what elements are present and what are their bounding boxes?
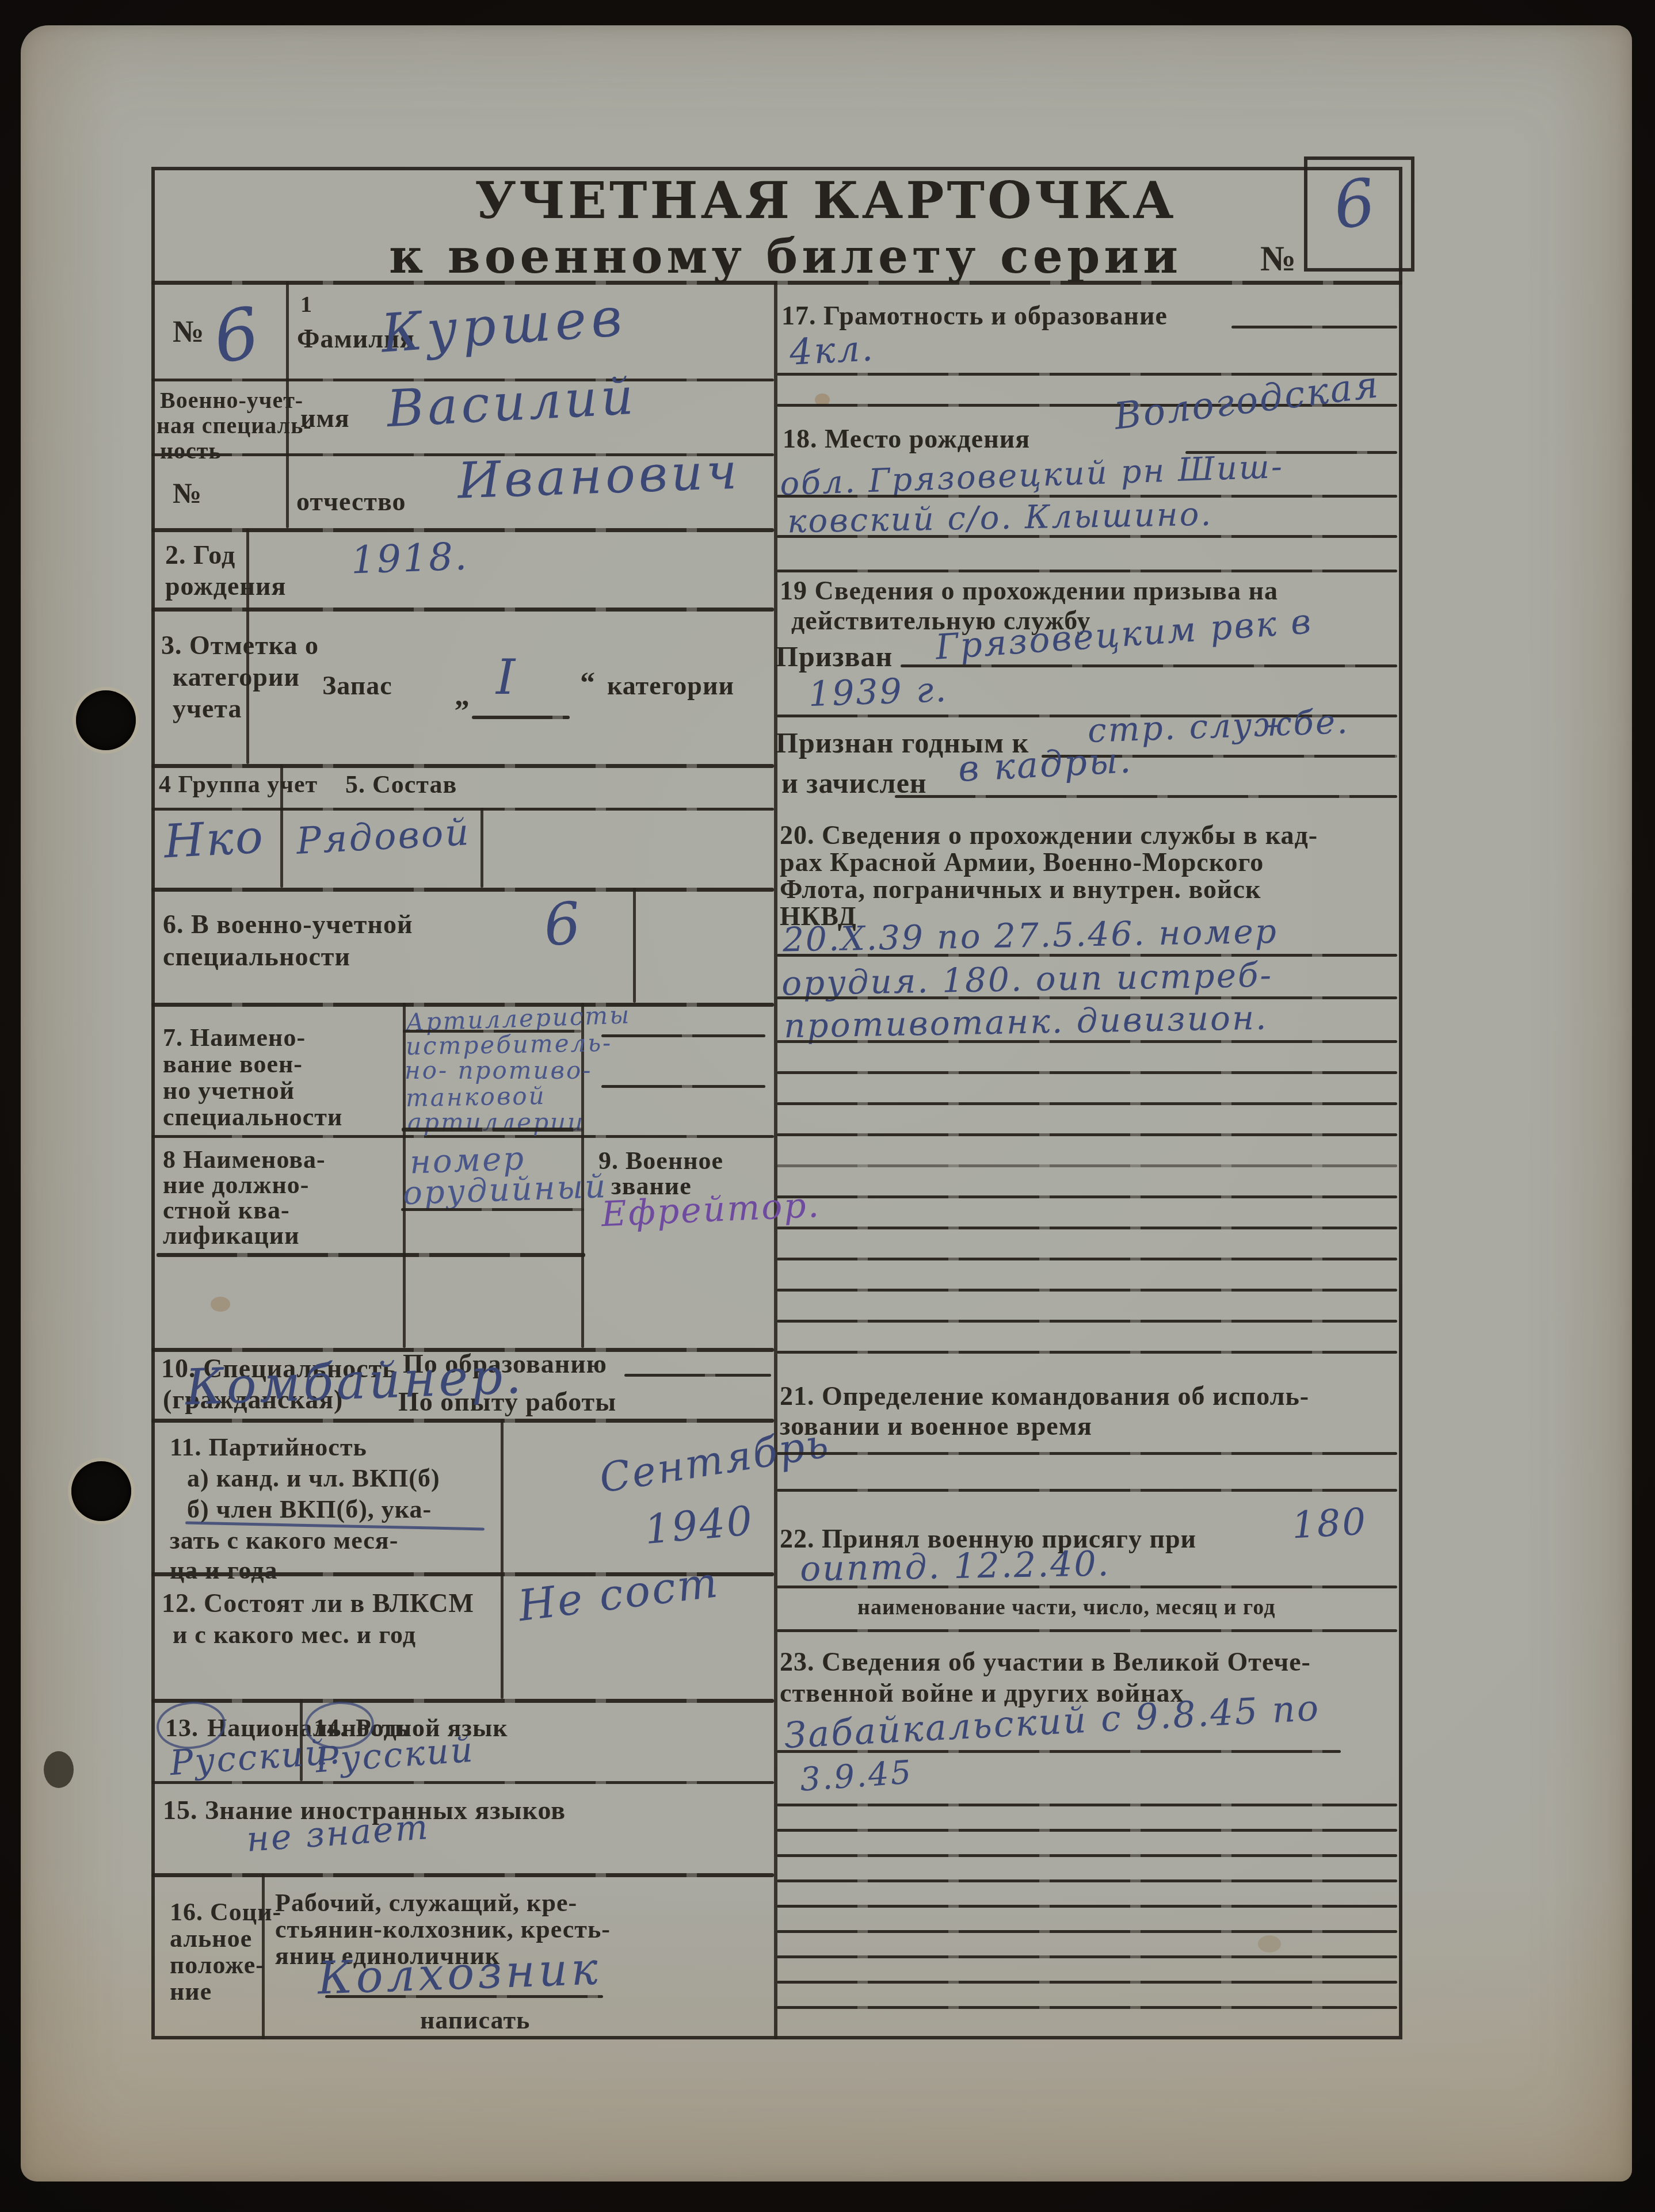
surname-field-number: 1 bbox=[300, 291, 312, 318]
f16-label-4: ние bbox=[170, 1977, 212, 2006]
sostav-label: 5. Состав bbox=[345, 770, 457, 799]
f7-value-5: артиллерии bbox=[407, 1108, 585, 1136]
f18-value-3: ковский с/о. Клышино. bbox=[787, 496, 1212, 541]
patronymic-label: отчество bbox=[296, 486, 406, 517]
f7-label-1: 7. Наимено- bbox=[163, 1023, 306, 1052]
f20-label-1: 20. Сведения о прохождении службы в кад- bbox=[780, 820, 1318, 850]
quote-open: „ bbox=[455, 679, 470, 713]
f7-value-3: но- противо- bbox=[405, 1056, 593, 1084]
f16-label-3: положе- bbox=[170, 1950, 265, 1980]
reg-no-label: № bbox=[173, 314, 204, 349]
f20-label-2: рах Красной Армии, Военно-Морского bbox=[780, 847, 1264, 877]
f19-label-1: 19 Сведения о прохождении призыва на bbox=[780, 575, 1278, 606]
f11-value-2: 1940 bbox=[643, 1497, 756, 1553]
ink-smudge bbox=[44, 1751, 74, 1788]
f16-label-2: альное bbox=[170, 1924, 252, 1953]
vus-label-3: ность bbox=[160, 437, 222, 464]
f17-label: 17. Грамотность и образование bbox=[781, 300, 1168, 331]
firstname-label: имя bbox=[300, 403, 350, 433]
vus-label-1: Военно-учет- bbox=[160, 387, 303, 414]
vus6-label-1: 6. В военно-учетной bbox=[163, 909, 413, 939]
category-word: категории bbox=[607, 670, 734, 701]
category-value: I bbox=[496, 649, 517, 705]
category-label-3: учета bbox=[173, 693, 242, 724]
scanned-card: УЧЕТНАЯ КАРТОЧКА к военному билету серии… bbox=[0, 0, 1655, 2212]
f16-label-1: 16. Соци- bbox=[170, 1897, 281, 1927]
f12-label-1: 12. Состоят ли в ВЛКСМ bbox=[162, 1588, 474, 1618]
f22-value-1: 180 bbox=[1291, 1501, 1368, 1548]
f21-label-1: 21. Определение командования об исполь- bbox=[780, 1381, 1309, 1411]
vus-label-2: ная специаль- bbox=[157, 412, 312, 439]
f18-label: 18. Место рождения bbox=[783, 423, 1030, 454]
f7-label-3: но учетной bbox=[163, 1076, 295, 1105]
card-title-line2: к военному билету серии bbox=[322, 229, 1249, 284]
f22-value-2: оиптд. 12.2.40. bbox=[799, 1544, 1111, 1589]
f11-label-2: а) канд. и чл. ВКП(б) bbox=[187, 1464, 440, 1493]
card-title-line1: УЧЕТНАЯ КАРТОЧКА bbox=[368, 170, 1283, 230]
vus6-value: 6 bbox=[541, 889, 585, 959]
f16-option-2: стьянин-колхозник, кресть- bbox=[275, 1915, 611, 1944]
prizvan-year: 1939 г. bbox=[808, 670, 948, 715]
f17-value: 4кл. bbox=[788, 327, 875, 373]
patronymic-value: Иванович bbox=[456, 442, 741, 510]
punch-hole-bottom bbox=[71, 1461, 131, 1521]
f11-label-4: зать с какого меся- bbox=[170, 1526, 398, 1555]
punch-hole-top bbox=[76, 690, 136, 750]
reserve-word: Запас bbox=[322, 670, 392, 701]
birthyear-label-1: 2. Год bbox=[165, 540, 235, 570]
f21-label-2: зовании и военное время bbox=[780, 1411, 1092, 1441]
category-label-1: 3. Отметка о bbox=[161, 630, 319, 660]
vus6-label-2: специальности bbox=[163, 941, 350, 972]
f11-label-5: ца и года bbox=[170, 1556, 278, 1585]
f23-value-2: 3.9.45 bbox=[799, 1753, 914, 1799]
f7-label-4: специальности bbox=[163, 1102, 342, 1132]
f8-value-2: орудийный bbox=[402, 1168, 608, 1212]
category-label-2: категории bbox=[173, 662, 300, 692]
f7-label-2: вание воен- bbox=[163, 1049, 303, 1079]
f7-value-2: истребитель- bbox=[406, 1029, 613, 1060]
card-number-value: 6 bbox=[1329, 165, 1381, 244]
f23-label-1: 23. Сведения об участии в Великой Отече- bbox=[780, 1646, 1311, 1677]
f12-label-2: и с какого мес. и год bbox=[173, 1620, 416, 1649]
birthyear-label-2: рождения bbox=[165, 571, 286, 601]
series-number-sign: № bbox=[1260, 239, 1296, 280]
f11-label-1: 11. Партийность bbox=[170, 1432, 367, 1462]
f16-hint: написать bbox=[420, 2005, 530, 2035]
group-value: Нко bbox=[163, 809, 266, 868]
f16-option-1: Рабочий, служащий, кре- bbox=[275, 1888, 577, 1917]
birthyear-value: 1918. bbox=[350, 534, 470, 582]
vus-no-label: № bbox=[173, 476, 202, 510]
group-label: 4 Группа учет bbox=[159, 771, 318, 799]
f20-label-3: Флота, пограничных и внутрен. войск bbox=[780, 874, 1261, 904]
f11-label-3: б) член ВКП(б), ука- bbox=[187, 1495, 432, 1524]
sostav-value: Рядовой bbox=[295, 811, 471, 863]
prizvan-label: Призван bbox=[776, 640, 893, 673]
f8-label-4: лификации bbox=[163, 1221, 300, 1250]
f22-caption: наименование части, число, месяц и год bbox=[857, 1595, 1275, 1620]
f10-value: Комбайнер. bbox=[184, 1347, 525, 1416]
quote-close: “ bbox=[580, 666, 596, 700]
